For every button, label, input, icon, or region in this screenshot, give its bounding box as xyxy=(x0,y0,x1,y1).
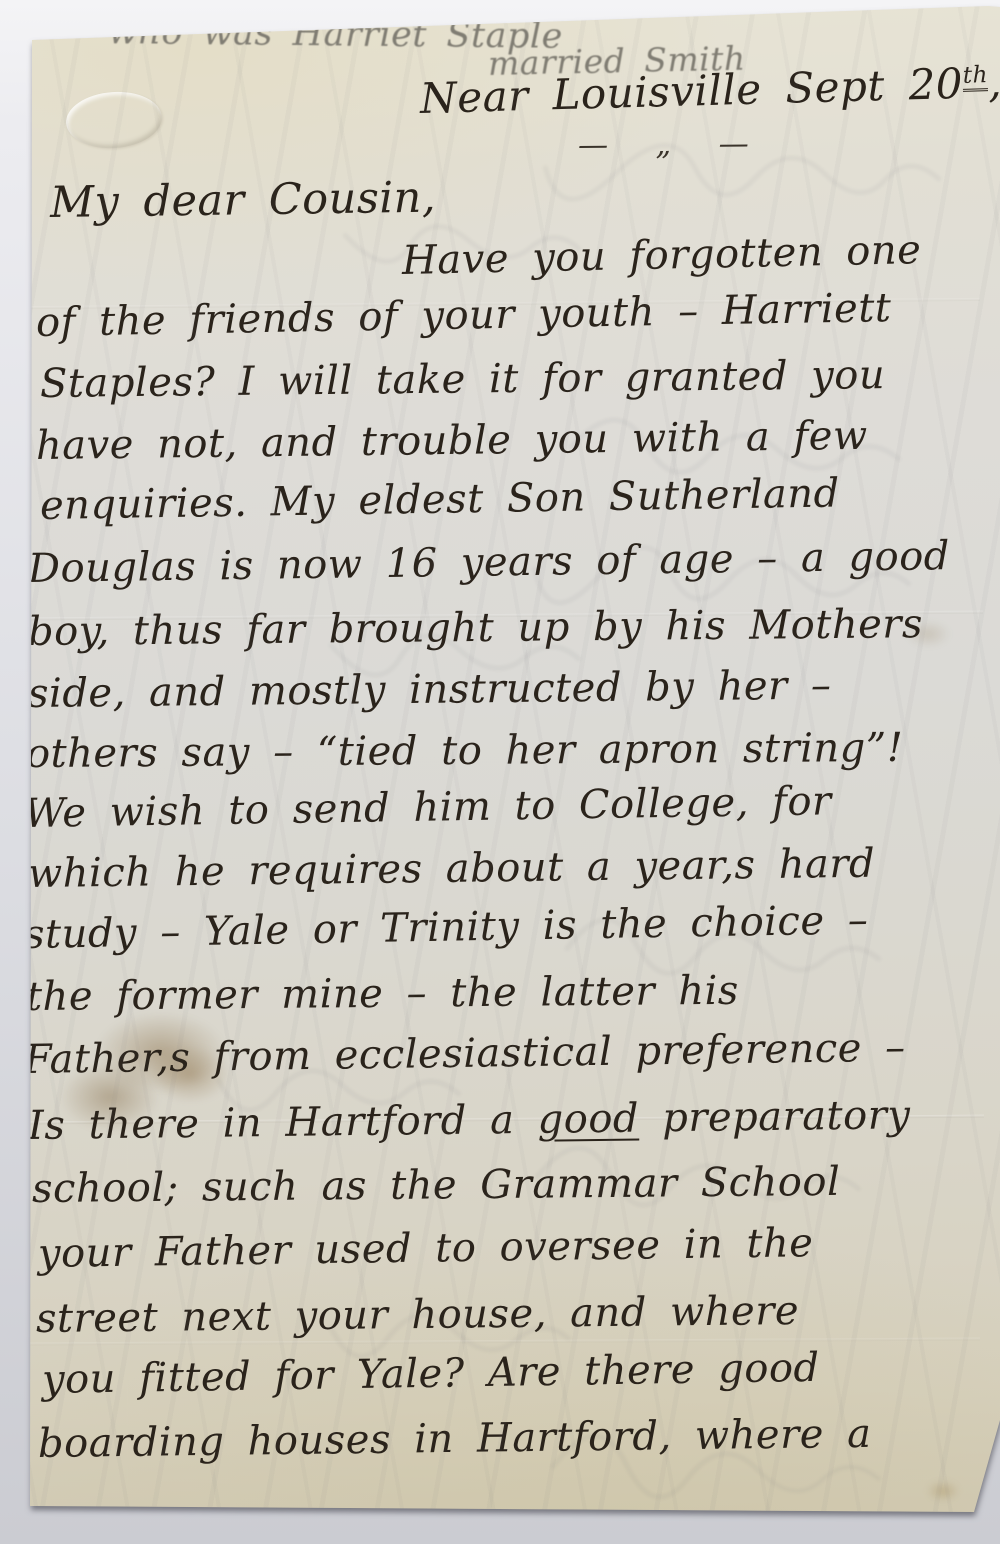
letter-body-line: the former mine – the latter his xyxy=(26,968,739,1020)
underlined-word: good xyxy=(537,1096,639,1143)
letter-body-line: you fitted for Yale? Are there good xyxy=(42,1345,820,1403)
letter-body-line: which he requires about a year,s hard xyxy=(28,841,876,897)
letter-body-line: others say – “tied to her apron string”! xyxy=(26,725,904,777)
letter-body-line: Have you forgotten one xyxy=(402,227,922,284)
embossed-stamp-icon xyxy=(64,89,164,152)
letter-body-line: boarding houses in Hartford, where a xyxy=(38,1411,872,1467)
dateline-comma: , xyxy=(987,58,1000,107)
letter-salutation: My dear Cousin, xyxy=(50,173,437,228)
letter-body-line: school; such as the Grammar School xyxy=(32,1159,841,1212)
letter-body-line: Douglas is now 16 years of age – a good xyxy=(28,533,950,592)
letter-body-line: street next your house, and where xyxy=(36,1288,799,1342)
letter-body-line: We wish to send him to College, for xyxy=(24,778,832,837)
dateline-flourish: — „ — xyxy=(578,126,763,163)
letter-body-line: Staples? I will take it for granted you xyxy=(40,352,886,407)
body-line-segment: preparatory xyxy=(639,1092,911,1141)
body-line-segment: Is there in Hartford a xyxy=(28,1097,538,1149)
photo-background: who was Harriet Staple married Smith Nea… xyxy=(0,0,1000,1544)
letter-body-line: side, and mostly instructed by her – xyxy=(28,663,832,717)
letter-body-line: your Father used to oversee in the xyxy=(38,1220,814,1277)
letter-body-line: of the friends of your youth – Harriett xyxy=(36,285,892,346)
letter-body-line: study – Yale or Trinity is the choice – xyxy=(24,897,869,958)
letter-page: who was Harriet Staple married Smith Nea… xyxy=(0,0,1000,1544)
date-ordinal: th xyxy=(962,62,988,92)
letter-body-line: boy, thus far brought up by his Mothers xyxy=(28,601,923,655)
letter-body-line: Father,s from ecclesiastical preference … xyxy=(24,1025,906,1083)
letter-body-line: enquiries. My eldest Son Sutherland xyxy=(40,470,840,529)
letter-body-line: have not, and trouble you with a few xyxy=(36,413,868,469)
paper-stain xyxy=(926,1480,960,1502)
letter-body-line: Is there in Hartford a good preparatory xyxy=(28,1092,911,1149)
